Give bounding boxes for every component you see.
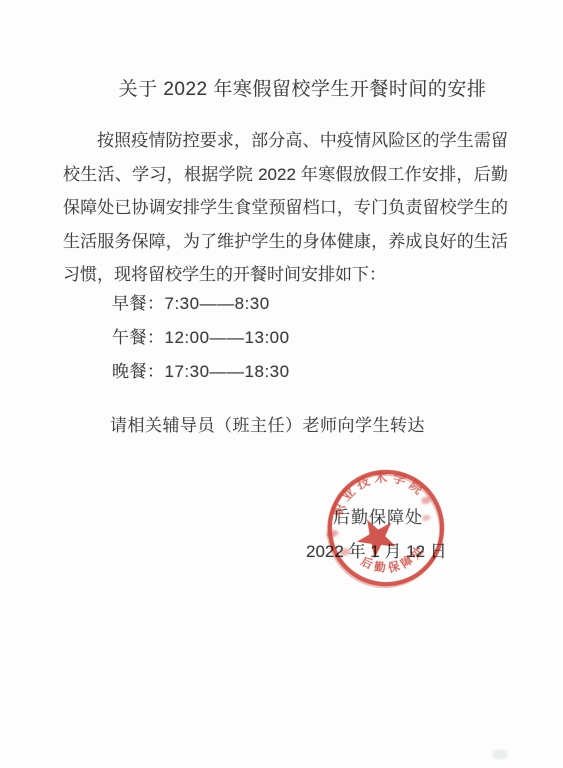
meal-schedule-list: 早餐：7:30——8:30 午餐：12:00——13:00 晚餐：17:30——… <box>112 287 290 388</box>
forward-notice-line: 请相关辅导员（班主任）老师向学生转达 <box>110 411 425 436</box>
meal-line-breakfast: 早餐：7:30——8:30 <box>112 287 290 321</box>
star-icon <box>350 510 403 562</box>
scan-artifact <box>493 750 507 759</box>
meal-line-lunch: 午餐：12:00——13:00 <box>112 321 290 355</box>
seal-top-arc: 职业技术学院 <box>322 458 432 522</box>
notice-body-paragraph: 按照疫情防控要求，部分高、中疫情风险区的学生需留校生活、学习，根据学院 2022… <box>63 124 508 292</box>
scanned-notice-page: 关于 2022 年寒假留校学生开餐时间的安排 按照疫情防控要求，部分高、中疫情风… <box>0 0 563 768</box>
notice-title: 关于 2022 年寒假留校学生开餐时间的安排 <box>21 74 563 101</box>
meal-line-dinner: 晚餐：17:30——18:30 <box>112 355 290 389</box>
official-seal: 职业技术学院 后勤保障处 <box>312 454 460 602</box>
